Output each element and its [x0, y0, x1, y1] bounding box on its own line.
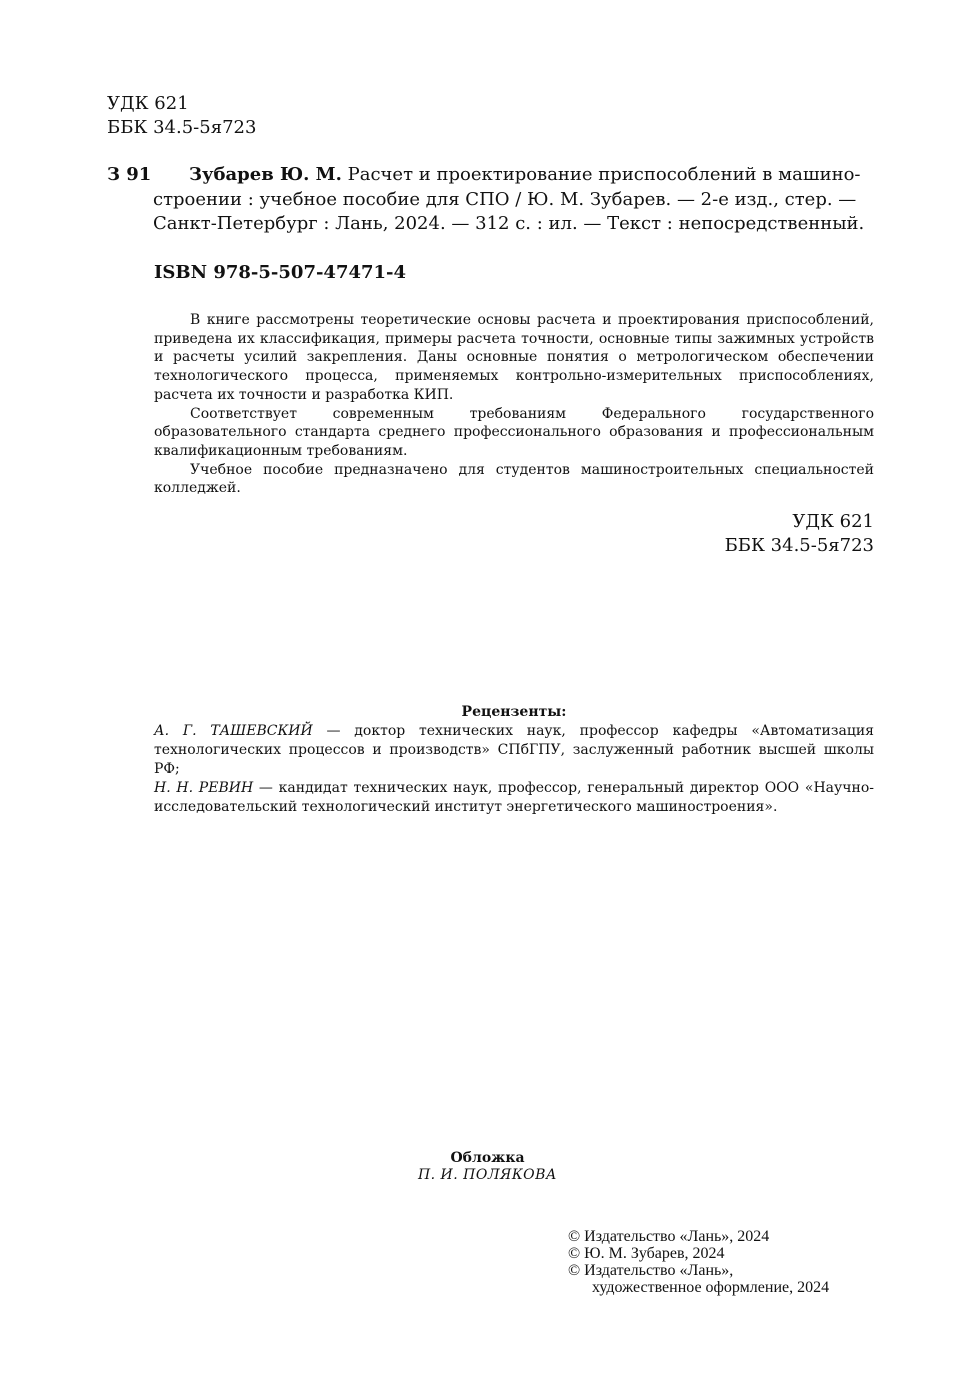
classification-codes-bottom: УДК 621 ББК 34.5-5я723 — [725, 510, 874, 558]
cover-designer: П. И. ПОЛЯКОВА — [0, 1167, 975, 1184]
reviewer-entry: Н. Н. РЕВИН — кандидат технических наук,… — [154, 779, 874, 817]
reviewers-section: Рецензенты: А. Г. ТАШЕВСКИЙ — доктор тех… — [154, 703, 874, 817]
cover-label: Обложка — [0, 1150, 975, 1167]
isbn: ISBN 978-5-507-47471-4 — [154, 262, 406, 283]
udk-code: УДК 621 — [107, 92, 256, 116]
annotation: В книге рассмотрены теоретические основы… — [154, 311, 874, 498]
reviewer-name: Н. Н. РЕВИН — [154, 780, 253, 796]
bbk-code: ББК 34.5-5я723 — [107, 116, 256, 140]
copyright-notice: © Издательство «Лань», 2024 © Ю. М. Зуба… — [568, 1228, 829, 1296]
annotation-paragraph: В книге рассмотрены теоретические основы… — [154, 311, 874, 405]
reviewer-description: — кандидат технических наук, профессор, … — [154, 780, 874, 815]
copyright-line: © Издательство «Лань», — [568, 1262, 829, 1279]
copyright-line: © Ю. М. Зубарев, 2024 — [568, 1245, 829, 1262]
entry-line-1: Зубарев Ю. М. Расчет и проектирование пр… — [153, 163, 874, 188]
udk-code: УДК 621 — [725, 510, 874, 534]
reviewers-heading: Рецензенты: — [154, 703, 874, 722]
copyright-line: © Издательство «Лань», 2024 — [568, 1228, 829, 1245]
reviewer-entry: А. Г. ТАШЕВСКИЙ — доктор технических нау… — [154, 722, 874, 779]
bbk-code: ББК 34.5-5я723 — [725, 534, 874, 558]
author-name: Зубарев Ю. М. — [189, 164, 342, 185]
bibliographic-description: Зубарев Ю. М. Расчет и проектирование пр… — [153, 163, 874, 237]
entry-line-2: строении : учебное пособие для СПО / Ю. … — [153, 188, 874, 213]
annotation-paragraph: Соответствует современным требованиям Фе… — [154, 405, 874, 461]
reviewer-name: А. Г. ТАШЕВСКИЙ — [154, 723, 313, 739]
cover-credit: Обложка П. И. ПОЛЯКОВА — [0, 1150, 975, 1184]
catalog-entry: З 91 Зубарев Ю. М. Расчет и проектирован… — [107, 163, 874, 237]
classification-codes-top: УДК 621 ББК 34.5-5я723 — [107, 92, 256, 140]
copyright-line-continuation: художественное оформление, 2024 — [568, 1279, 829, 1296]
title-start: Расчет и проектирование приспособлений в… — [342, 164, 861, 185]
entry-line-3: Санкт-Петербург : Лань, 2024. — 312 с. :… — [153, 212, 874, 237]
author-sign: З 91 — [107, 163, 151, 188]
annotation-paragraph: Учебное пособие предназначено для студен… — [154, 461, 874, 498]
